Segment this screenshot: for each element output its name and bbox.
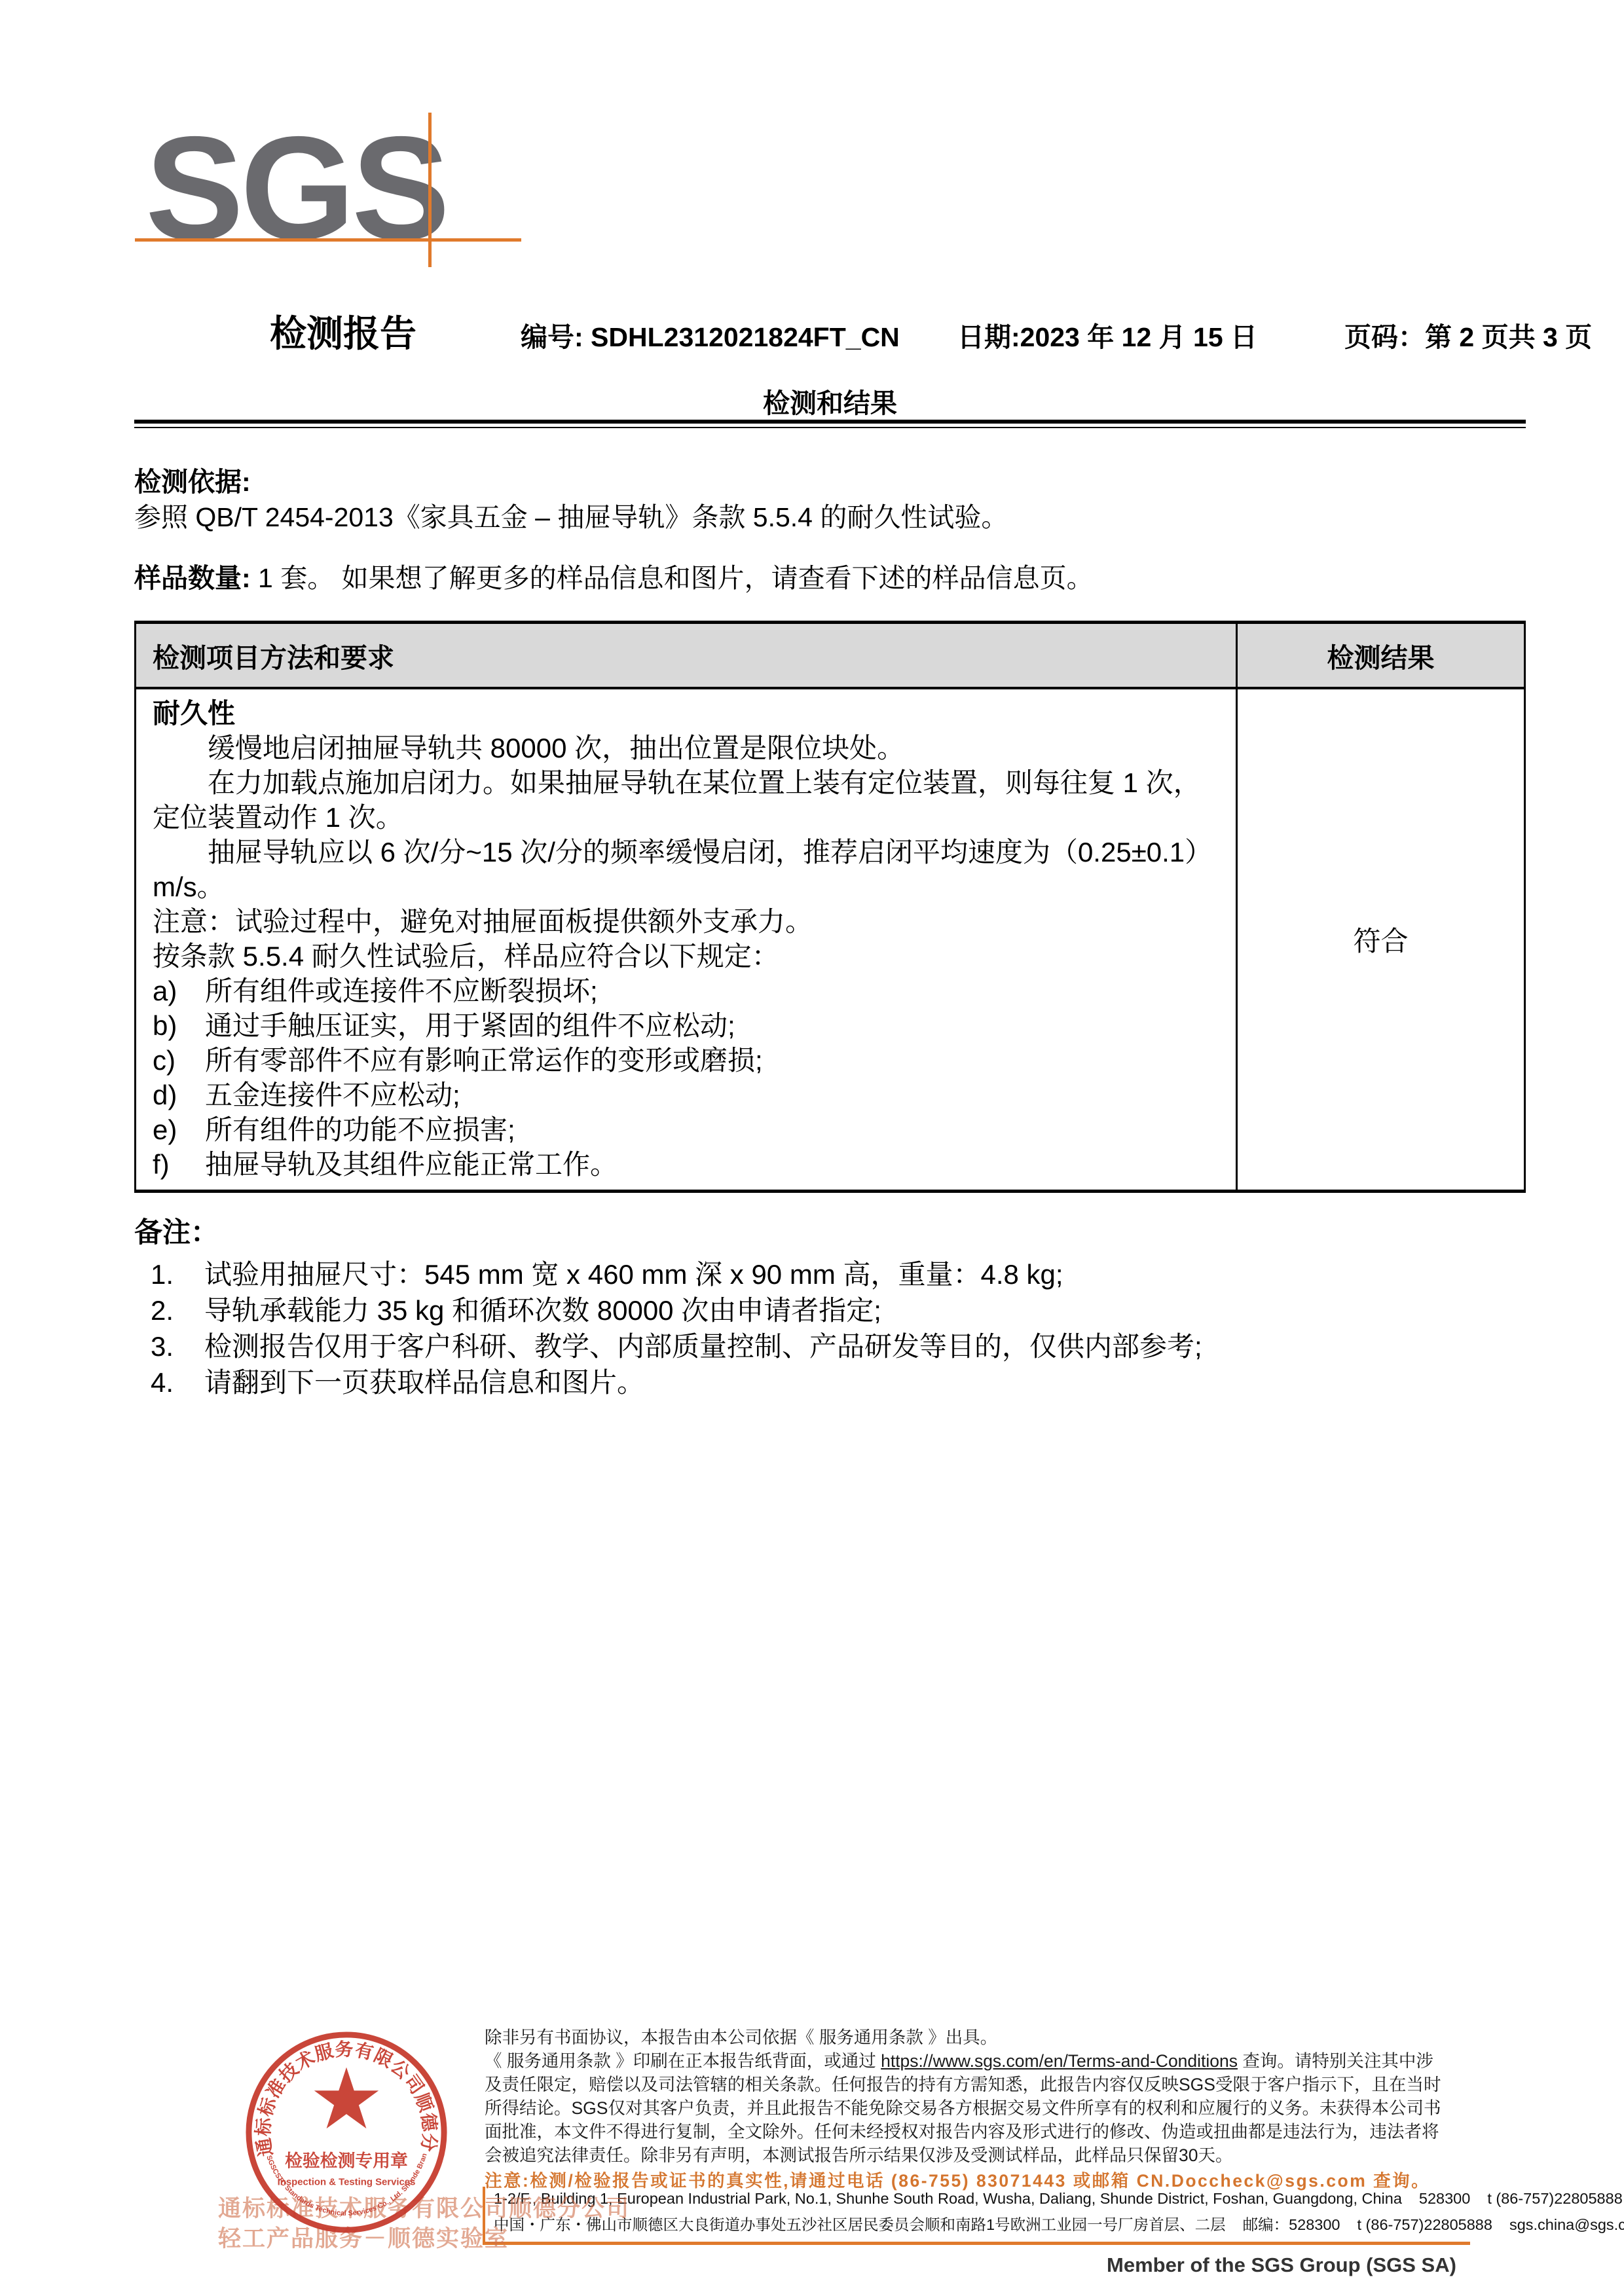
stamp-center-en: Inspection & Testing Services	[278, 2177, 416, 2187]
sgs-logo: SGS	[145, 124, 447, 252]
postcode-en: 528300	[1419, 2185, 1470, 2212]
stamp-center-cn: 检验检测专用章	[285, 2151, 408, 2171]
note-item: 2.导轨承载能力 35 kg 和循环次数 80000 次由申请者指定;	[134, 1292, 1526, 1328]
header-rule-thick	[134, 420, 1526, 424]
table-body-row: 耐久性 缓慢地启闭抽屉导轨共 80000 次，抽出位置是限位块处。 在力加载点施…	[136, 689, 1524, 1190]
note-number: 4.	[151, 1364, 204, 1400]
legal-line: 面批准，本文件不得进行复制，全文除外。任何未经授权对报告内容及形式进行的修改、伪…	[485, 2120, 1475, 2143]
item-text: 所有组件的功能不应损害;	[205, 1112, 515, 1147]
requirement-item: c)所有零部件不应有影响正常运作的变形或磨损;	[153, 1043, 1223, 1078]
legal-line: 除非另有书面协议，本报告由本公司依据《 服务通用条款 》出具。	[485, 2026, 1475, 2049]
item-text: 所有零部件不应有影响正常运作的变形或磨损;	[205, 1043, 763, 1078]
address-en: 1-2/F., Building 1, European Industrial …	[494, 2185, 1402, 2212]
method-line: 定位装置动作 1 次。	[153, 800, 1223, 835]
stamp-ring	[249, 2035, 444, 2230]
note-number: 2.	[151, 1292, 204, 1328]
table-header-method: 检测项目方法和要求	[136, 624, 1238, 687]
address-en-row: 1-2/F., Building 1, European Industrial …	[494, 2185, 1476, 2212]
table-header-row: 检测项目方法和要求 检测结果	[136, 624, 1524, 689]
inspection-stamp: 通标标准技术服务有限公司顺德分公司 SGSCSTC Standards Tech…	[242, 2028, 451, 2236]
report-title: 检测报告	[270, 305, 416, 357]
method-line: 在力加载点施加启闭力。如果抽屉导轨在某位置上装有定位装置，则每往复 1 次，	[153, 765, 1223, 800]
method-line: 注意：试验过程中，避免对抽屉面板提供额外支承力。	[153, 904, 1223, 939]
terms-url-link[interactable]: https://www.sgs.com/en/Terms-and-Conditi…	[881, 2051, 1238, 2071]
method-line: 抽屉导轨应以 6 次/分~15 次/分的频率缓慢启闭，推荐启闭平均速度为（0.2…	[153, 835, 1223, 869]
requirement-item: b)通过手触压证实，用于紧固的组件不应松动;	[153, 1008, 1223, 1043]
method-line: 缓慢地启闭抽屉导轨共 80000 次，抽出位置是限位块处。	[153, 731, 1223, 765]
requirement-item: d)五金连接件不应松动;	[153, 1078, 1223, 1112]
note-number: 1.	[151, 1256, 204, 1292]
legal-line: 及责任限定，赔偿以及司法管辖的相关条款。任何报告的持有方需知悉，此报告内容仅反映…	[485, 2073, 1475, 2096]
logo-horizontal-line	[135, 238, 521, 242]
item-marker: d)	[153, 1078, 205, 1112]
note-number: 3.	[151, 1328, 204, 1364]
note-item: 3.检测报告仅用于客户科研、教学、内部质量控制、产品研发等目的，仅供内部参考;	[134, 1328, 1526, 1364]
note-text: 导轨承载能力 35 kg 和循环次数 80000 次由申请者指定;	[204, 1292, 881, 1328]
legal-text: 《 服务通用条款 》印刷在正本报告纸背面，或通过	[485, 2051, 881, 2071]
note-item: 1.试验用抽屉尺寸：545 mm 宽 x 460 mm 深 x 90 mm 高，…	[134, 1256, 1526, 1292]
section-title: 检测和结果	[134, 382, 1526, 420]
requirement-item: a)所有组件或连接件不应断裂损坏;	[153, 974, 1223, 1008]
item-text: 抽屉导轨及其组件应能正常工作。	[205, 1147, 618, 1182]
header-rule-thin	[134, 427, 1526, 428]
item-marker: c)	[153, 1043, 205, 1078]
results-table: 检测项目方法和要求 检测结果 耐久性 缓慢地启闭抽屉导轨共 80000 次，抽出…	[134, 621, 1526, 1193]
phone-en: t (86-757)22805888	[1487, 2185, 1622, 2212]
test-item-title: 耐久性	[153, 696, 1223, 731]
email: sgs.china@sgs.com	[1509, 2212, 1624, 2238]
legal-line: 所得结论。SGS仅对其客户负责，并且此报告不能免除交易各方根据交易文件所享有的权…	[485, 2096, 1475, 2120]
star-icon	[314, 2068, 378, 2129]
postcode-cn: 邮编：528300	[1243, 2212, 1340, 2238]
notes-label: 备注：	[134, 1215, 1526, 1251]
report-number-value: SDHL2312021824FT_CN	[591, 322, 900, 352]
phone-cn: t (86-757)22805888	[1357, 2212, 1492, 2238]
notes-section: 备注： 1.试验用抽屉尺寸：545 mm 宽 x 460 mm 深 x 90 m…	[134, 1215, 1526, 1400]
legal-text: 查询。请特别关注其中涉	[1238, 2051, 1433, 2071]
legal-line: 《 服务通用条款 》印刷在正本报告纸背面，或通过 https://www.sgs…	[485, 2049, 1475, 2073]
report-number-label: 编号:	[521, 322, 591, 352]
item-text: 所有组件或连接件不应断裂损坏;	[205, 974, 598, 1008]
legal-disclaimer: 除非另有书面协议，本报告由本公司依据《 服务通用条款 》出具。 《 服务通用条款…	[485, 2026, 1475, 2193]
note-item: 4.请翻到下一页获取样品信息和图片。	[134, 1364, 1526, 1400]
method-line: m/s。	[153, 869, 1223, 904]
item-marker: e)	[153, 1112, 205, 1147]
item-marker: a)	[153, 974, 205, 1008]
logo-vertical-line	[428, 113, 432, 267]
sample-quantity-text: 1 套。 如果想了解更多的样品信息和图片，请查看下述的样品信息页。	[251, 563, 1094, 593]
basis-text: 参照 QB/T 2454-2013《家具五金 – 抽屉导轨》条款 5.5.4 的…	[134, 496, 1008, 534]
sample-quantity: 样品数量: 1 套。 如果想了解更多的样品信息和图片，请查看下述的样品信息页。	[134, 556, 1094, 595]
table-method-cell: 耐久性 缓慢地启闭抽屉导轨共 80000 次，抽出位置是限位块处。 在力加载点施…	[136, 689, 1238, 1190]
method-line: 按条款 5.5.4 耐久性试验后，样品应符合以下规定：	[153, 939, 1223, 974]
report-number: 编号: SDHL2312021824FT_CN	[521, 316, 900, 354]
note-text: 试验用抽屉尺寸：545 mm 宽 x 460 mm 深 x 90 mm 高，重量…	[204, 1256, 1063, 1292]
sample-quantity-label: 样品数量:	[134, 563, 251, 593]
note-text: 请翻到下一页获取样品信息和图片。	[204, 1364, 644, 1400]
requirement-item: e)所有组件的功能不应损害;	[153, 1112, 1223, 1147]
report-page: SGS 检测报告 编号: SDHL2312021824FT_CN 日期:2023…	[0, 0, 1624, 2296]
report-date: 日期:2023 年 12 月 15 日	[957, 316, 1257, 354]
item-text: 五金连接件不应松动;	[205, 1078, 460, 1112]
footer-orange-rule	[483, 2242, 1470, 2245]
page-indicator: 页码：第 2 页共 3 页	[1344, 316, 1592, 354]
legal-line: 会被追究法律责任。除非另有声明，本测试报告所示结果仅涉及受测试样品，此样品只保留…	[485, 2143, 1475, 2167]
table-header-result: 检测结果	[1238, 624, 1524, 687]
basis-label: 检测依据:	[134, 460, 251, 499]
requirement-item: f)抽屉导轨及其组件应能正常工作。	[153, 1147, 1223, 1182]
item-marker: f)	[153, 1147, 205, 1182]
sgs-member-line: Member of the SGS Group (SGS SA)	[1107, 2253, 1456, 2277]
item-text: 通过手触压证实，用于紧固的组件不应松动;	[205, 1008, 735, 1043]
item-marker: b)	[153, 1008, 205, 1043]
note-text: 检测报告仅用于客户科研、教学、内部质量控制、产品研发等目的，仅供内部参考;	[204, 1328, 1202, 1364]
address-block: 1-2/F., Building 1, European Industrial …	[494, 2185, 1476, 2238]
test-result-cell: 符合	[1238, 689, 1524, 1190]
address-cn-row: 中国・广东・佛山市顺德区大良街道办事处五沙社区居民委员会顺和南路1号欧洲工业园一…	[494, 2212, 1476, 2238]
